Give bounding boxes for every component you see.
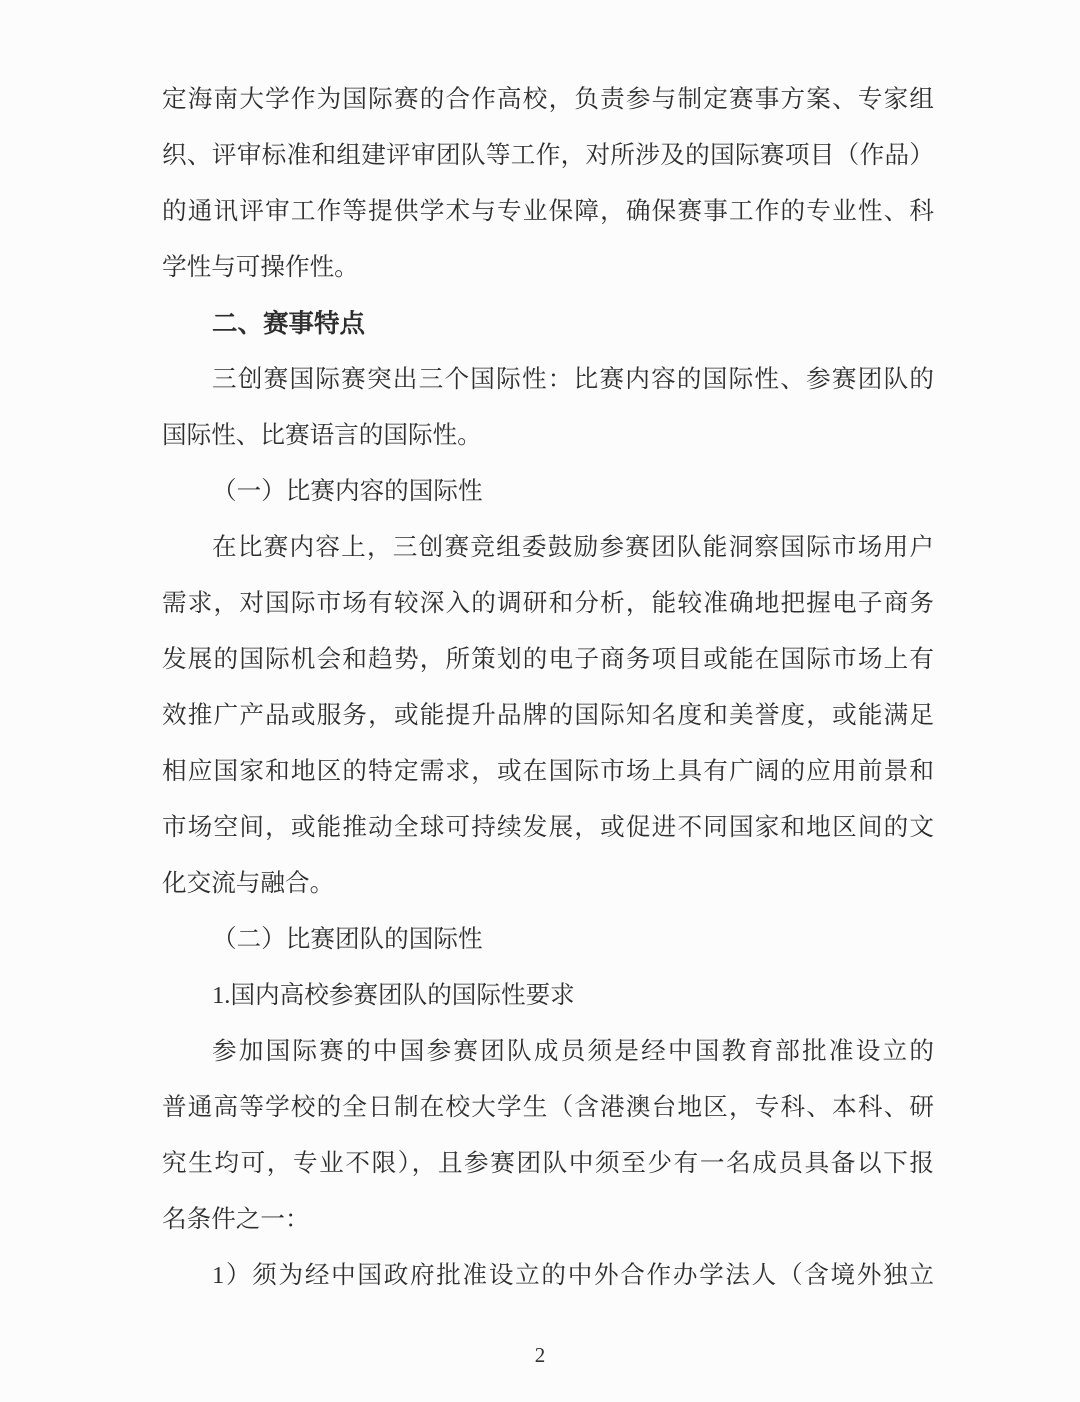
text-line: 市场空间，或能推动全球可持续发展，或促进不同国家和地区间的文 (162, 800, 934, 856)
text-line: 名条件之一： (162, 1192, 934, 1248)
document-page: 定海南大学作为国际赛的合作高校，负责参与制定赛事方案、专家组织、评审标准和组建评… (0, 0, 1080, 1402)
text-line: 参加国际赛的中国参赛团队成员须是经中国教育部批准设立的 (162, 1024, 934, 1080)
text-line: 化交流与融合。 (162, 856, 934, 912)
text-line: 究生均可，专业不限），且参赛团队中须至少有一名成员具备以下报 (162, 1136, 934, 1192)
text-line: 发展的国际机会和趋势，所策划的电子商务项目或能在国际市场上有 (162, 632, 934, 688)
text-line: 相应国家和地区的特定需求，或在国际市场上具有广阔的应用前景和 (162, 744, 934, 800)
text-line: 国际性、比赛语言的国际性。 (162, 408, 934, 464)
text-line: 1.国内高校参赛团队的国际性要求 (162, 968, 934, 1024)
text-line: （二）比赛团队的国际性 (162, 912, 934, 968)
text-line: 学性与可操作性。 (162, 240, 934, 296)
text-line: 在比赛内容上，三创赛竞组委鼓励参赛团队能洞察国际市场用户 (162, 520, 934, 576)
document-body: 定海南大学作为国际赛的合作高校，负责参与制定赛事方案、专家组织、评审标准和组建评… (0, 0, 1080, 1304)
text-line: 织、评审标准和组建评审团队等工作，对所涉及的国际赛项目（作品） (162, 128, 934, 184)
page-number: 2 (0, 1340, 1080, 1370)
text-line: 1）须为经中国政府批准设立的中外合作办学法人（含境外独立 (162, 1248, 934, 1304)
text-line: 普通高等学校的全日制在校大学生（含港澳台地区，专科、本科、研 (162, 1080, 934, 1136)
text-line: 需求，对国际市场有较深入的调研和分析，能较准确地把握电子商务 (162, 576, 934, 632)
text-line: 的通讯评审工作等提供学术与专业保障，确保赛事工作的专业性、科 (162, 184, 934, 240)
text-line: （一）比赛内容的国际性 (162, 464, 934, 520)
section-heading-line: 二、赛事特点 (162, 296, 934, 352)
text-line: 三创赛国际赛突出三个国际性：比赛内容的国际性、参赛团队的 (162, 352, 934, 408)
text-line: 效推广产品或服务，或能提升品牌的国际知名度和美誉度，或能满足 (162, 688, 934, 744)
text-line: 定海南大学作为国际赛的合作高校，负责参与制定赛事方案、专家组 (162, 72, 934, 128)
